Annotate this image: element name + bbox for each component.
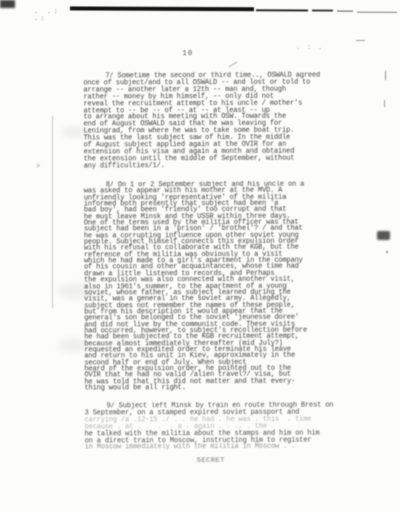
document-body: 10 7/ Sometime the second or third time.… — [0, 0, 400, 512]
scanned-document-page: . .: .: . : . > 10 7/ Sometime the secon… — [0, 0, 400, 512]
paragraph-7: 7/ Sometime the second or third time.., … — [83, 72, 345, 170]
paragraph-8: 8/ On 1 or 2 September subject and his u… — [84, 181, 347, 391]
text-line: in Moscow immediately with the militia i… — [85, 444, 351, 452]
text-line: because . at . . . . a . again . . ., . … — [85, 423, 351, 431]
page-number: 10 — [182, 50, 193, 58]
text-line: any difficulties/1/. — [84, 162, 346, 170]
classification-stamp: SECRET — [197, 457, 225, 464]
paragraph-9: 9/ Subject left Minsk by train en route … — [85, 402, 351, 451]
